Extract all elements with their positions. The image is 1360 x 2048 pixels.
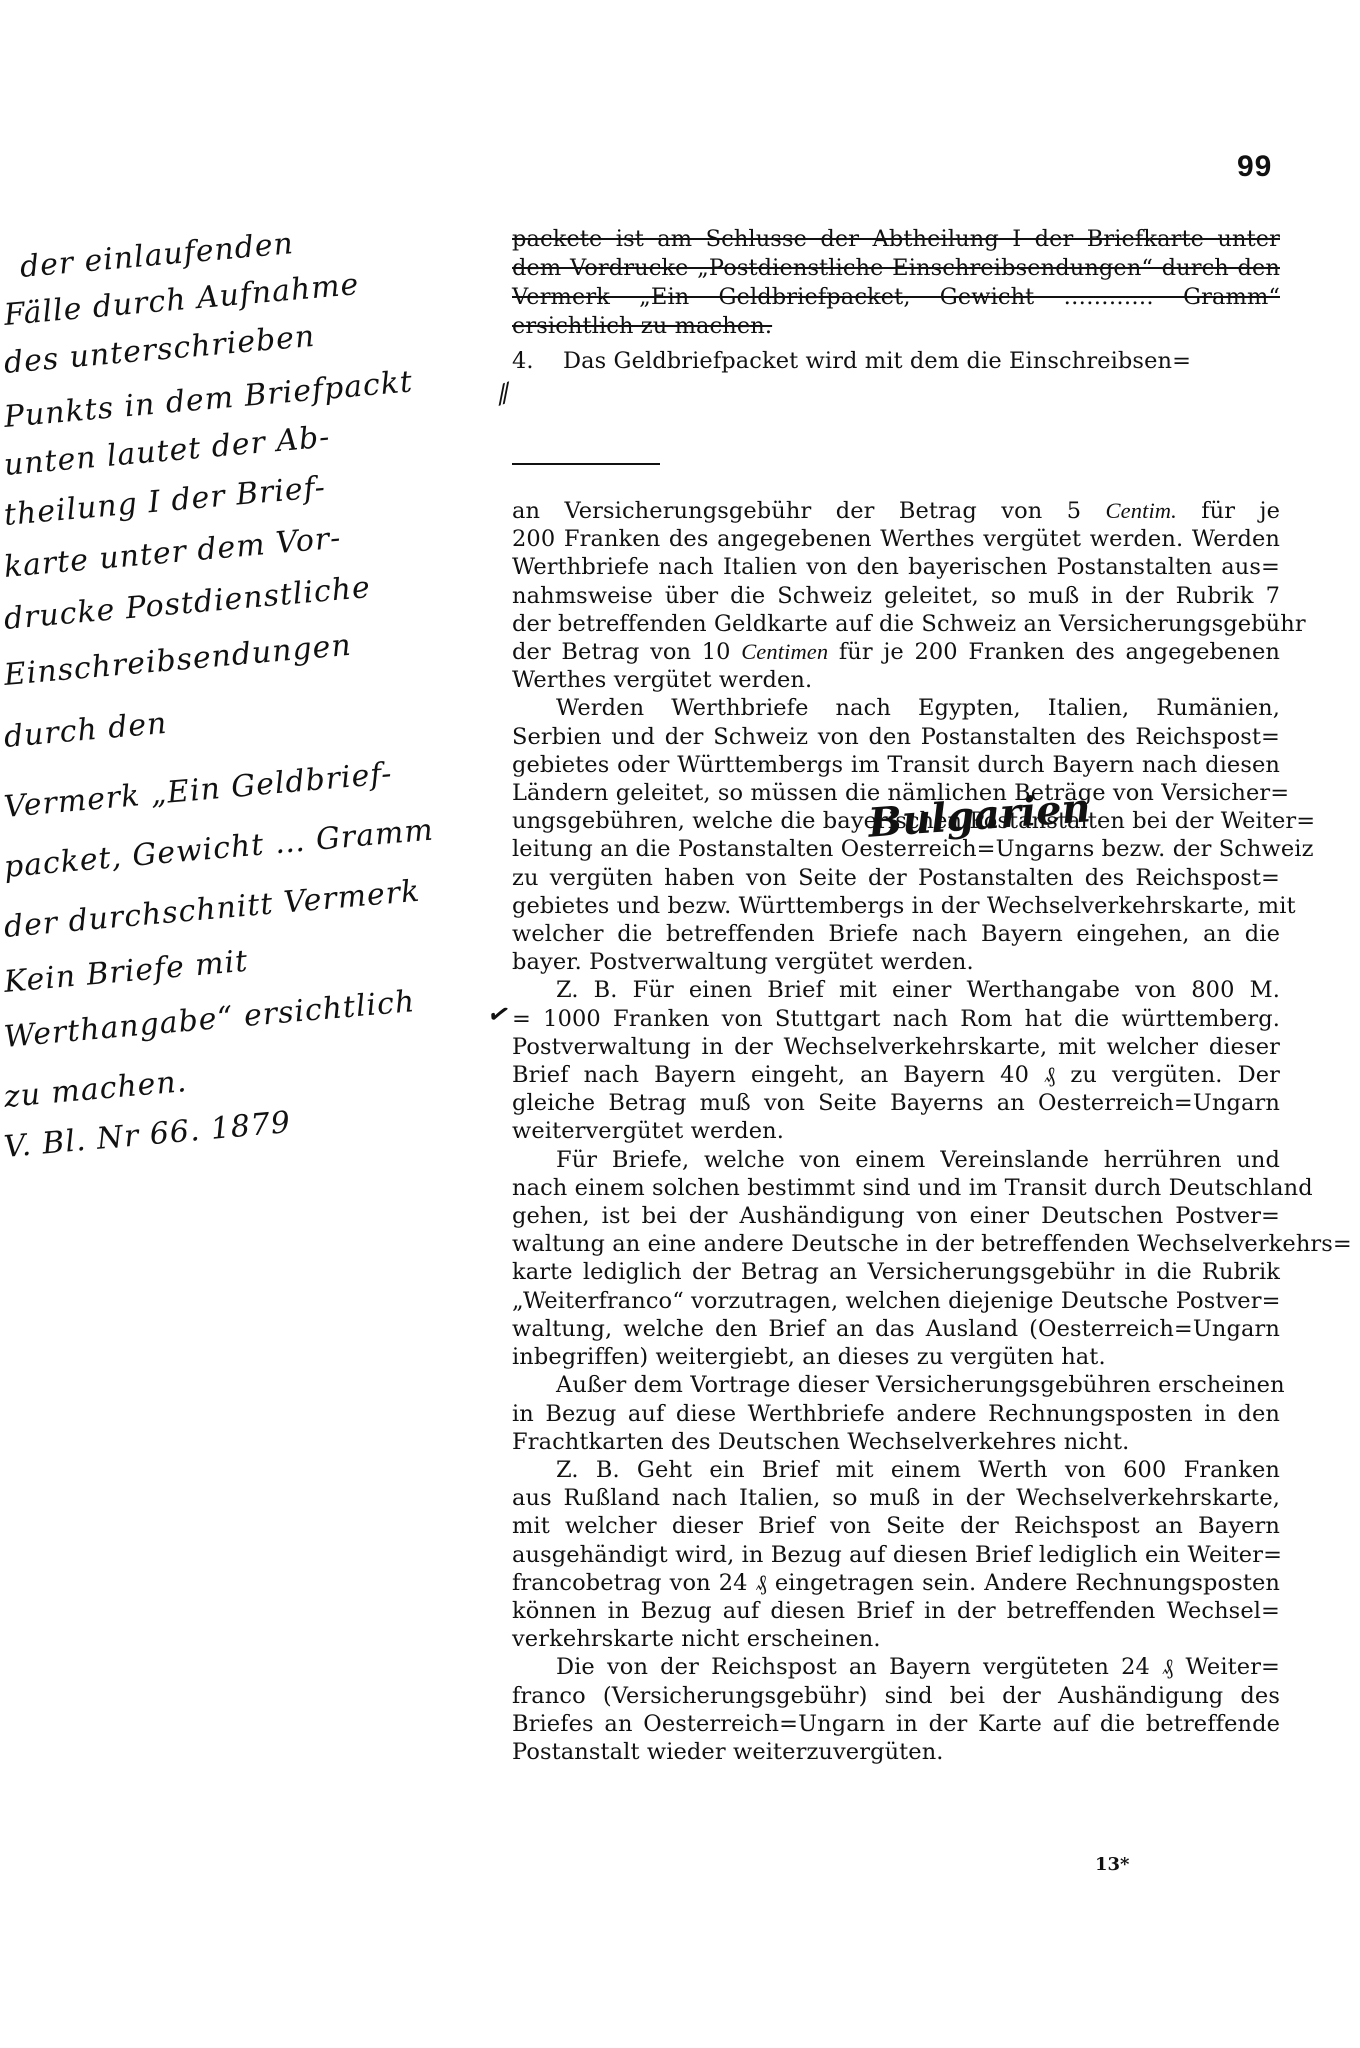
body-line: ausgehändigt wird, in Bezug auf diesen B… (512, 1541, 1280, 1569)
body-line: Serbien und der Schweiz von den Postanst… (512, 723, 1280, 751)
body-line: nach einem solchen bestimmt sind und im … (512, 1174, 1280, 1202)
body-line: Werden Werthbriefe nach Egypten, Italien… (512, 694, 1280, 722)
handwritten-line: Einschreibsendungen (2, 628, 353, 693)
body-line: „Weiterfranco“ vorzutragen, welchen diej… (512, 1287, 1280, 1315)
body-line: Postanstalt wieder weiterzuvergüten. (512, 1738, 1280, 1766)
body-line: Brief nach Bayern eingeht, an Bayern 40 … (512, 1061, 1280, 1089)
body-line: der betreffenden Geldkarte auf die Schwe… (512, 610, 1280, 638)
handwritten-line: Kein Briefe mit (2, 944, 249, 1000)
body-line: aus Rußland nach Italien, so muß in der … (512, 1484, 1280, 1512)
body-line: gleiche Betrag muß von Seite Bayerns an … (512, 1089, 1280, 1117)
body-line: welcher die betreffenden Briefe nach Bay… (512, 920, 1280, 948)
handwritten-line: packet, Gewicht … Gramm (2, 812, 435, 884)
body-line: Werthes vergütet werden. (512, 666, 1280, 694)
struck-line: packete ist am Schlusse der Abtheilung I… (512, 225, 1280, 254)
body-line: waltung an eine andere Deutsche in der b… (512, 1230, 1280, 1258)
body-text: an Versicherungsgebühr der Betrag von 5 … (512, 497, 1280, 1766)
body-line: Postverwaltung in der Wechselverkehrskar… (512, 1033, 1280, 1061)
body-line: in Bezug auf diese Werthbriefe andere Re… (512, 1400, 1280, 1428)
body-line: weitervergütet werden. (512, 1117, 1280, 1145)
handwritten-line: der durchschnitt Vermerk (2, 874, 421, 945)
body-line: waltung, welche den Brief an das Ausland… (512, 1315, 1280, 1343)
struck-passage: packete ist am Schlusse der Abtheilung I… (512, 225, 1280, 376)
signature-mark: 13* (1095, 1854, 1129, 1875)
body-line: 200 Franken des angegebenen Werthes verg… (512, 525, 1280, 553)
body-line: mit welcher dieser Brief von Seite der R… (512, 1512, 1280, 1540)
handwritten-line: durch den (2, 706, 168, 755)
body-line: gebietes und bezw. Württembergs in der W… (512, 892, 1280, 920)
struck-line: dem Vordrucke „Postdienstliche Einschrei… (512, 254, 1280, 283)
body-line: an Versicherungsgebühr der Betrag von 5 … (512, 497, 1280, 525)
body-line: karte lediglich der Betrag an Versicheru… (512, 1258, 1280, 1286)
body-line: inbegriffen) weitergiebt, an dieses zu v… (512, 1343, 1280, 1371)
body-line: bayer. Postverwaltung vergütet werden. (512, 948, 1280, 976)
handwritten-line: zu machen. (2, 1064, 188, 1115)
body-line: Die von der Reichspost an Bayern vergüte… (512, 1653, 1280, 1681)
body-line: gehen, ist bei der Aushändigung von eine… (512, 1202, 1280, 1230)
margin-annotation: der einlaufendenFälle durch Aufnahmedes … (0, 250, 515, 1130)
item-4-number: 4. (512, 348, 534, 374)
body-line: = 1000 Franken von Stuttgart nach Rom ha… (512, 1005, 1280, 1033)
handwritten-line: V. Bl. Nr 66. 1879 (2, 1105, 292, 1165)
body-line: gebietes oder Württembergs im Transit du… (512, 751, 1280, 779)
body-line: Außer dem Vortrage dieser Versicherungsg… (512, 1371, 1280, 1399)
body-line: nahmsweise über die Schweiz geleitet, so… (512, 582, 1280, 610)
body-line: Werthbriefe nach Italien von den bayeris… (512, 553, 1280, 581)
divider-rule (512, 463, 660, 465)
body-line: Z. B. Geht ein Brief mit einem Werth von… (512, 1456, 1280, 1484)
body-line: franco (Versicherungsgebühr) sind bei de… (512, 1682, 1280, 1710)
handwritten-line: karte unter dem Vor- (2, 521, 342, 585)
item-4: 4. Das Geldbriefpacket wird mit dem die … (512, 347, 1280, 376)
handwritten-line: theilung I der Brief- (2, 470, 327, 533)
struck-line: Vermerk „Ein Geldbriefpacket, Gewicht ……… (512, 283, 1280, 312)
struck-line: ersichtlich zu machen. (512, 312, 1280, 341)
body-line: zu vergüten haben von Seite der Postanst… (512, 864, 1280, 892)
body-line: Z. B. Für einen Brief mit einer Werthang… (512, 976, 1280, 1004)
body-line: verkehrskarte nicht erscheinen. (512, 1625, 1280, 1653)
body-line: Für Briefe, welche von einem Vereinsland… (512, 1146, 1280, 1174)
body-line: francobetrag von 24 ₰ eingetragen sein. … (512, 1569, 1280, 1597)
body-line: Frachtkarten des Deutschen Wechselverkeh… (512, 1428, 1280, 1456)
body-line: Briefes an Oesterreich=Ungarn in der Kar… (512, 1710, 1280, 1738)
body-line: können in Bezug auf diesen Brief in der … (512, 1597, 1280, 1625)
item-4-text: Das Geldbriefpacket wird mit dem die Ein… (541, 348, 1191, 374)
page-number: 99 (1237, 150, 1272, 184)
body-line: der Betrag von 10 Centimen für je 200 Fr… (512, 638, 1280, 666)
handwritten-line: Vermerk „Ein Geldbrief- (2, 756, 393, 825)
